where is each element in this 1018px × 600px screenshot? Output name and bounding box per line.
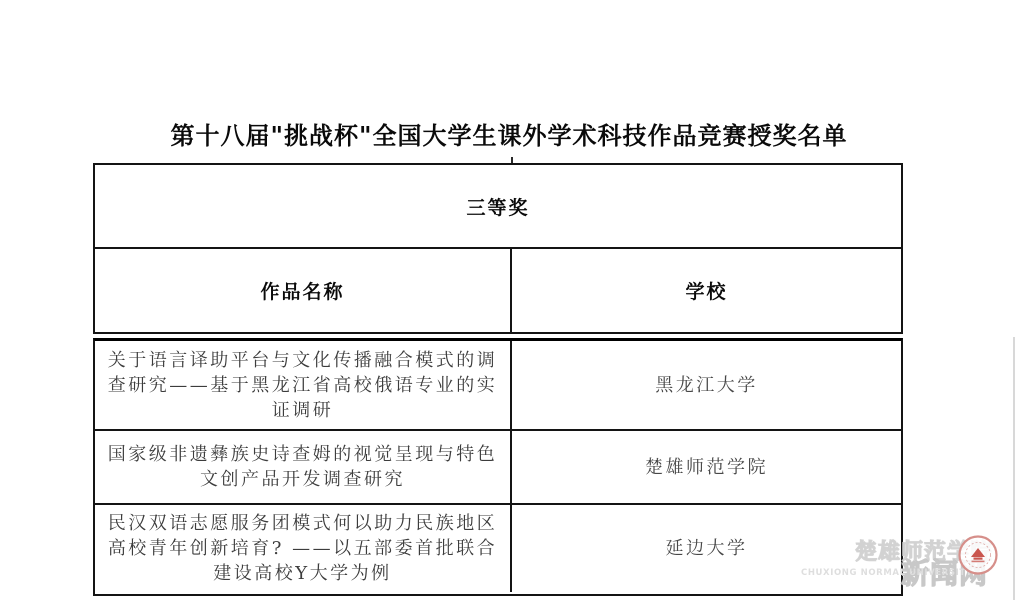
work-name-cell: 国家级非遗彝族史诗查姆的视觉呈现与特色文创产品开发调查研究 bbox=[95, 431, 512, 503]
work-name-cell: 关于语言译助平台与文化传播融合模式的调查研究——基于黑龙江省高校俄语专业的实证调… bbox=[95, 341, 512, 429]
table-header-row: 作品名称 学校 bbox=[95, 249, 901, 332]
award-table-body: 关于语言译助平台与文化传播融合模式的调查研究——基于黑龙江省高校俄语专业的实证调… bbox=[93, 338, 903, 596]
document-page: 第十八届"挑战杯"全国大学生课外学术科技作品竞赛授奖名单 三等奖 作品名称 学校… bbox=[0, 0, 1018, 600]
column-header-school: 学校 bbox=[512, 249, 901, 332]
page-edge-line bbox=[1013, 337, 1015, 600]
award-tier-label: 三等奖 bbox=[466, 193, 529, 220]
award-tier-row: 三等奖 bbox=[95, 165, 901, 249]
school-cell: 延边大学 bbox=[512, 505, 901, 592]
award-table-header-section: 三等奖 作品名称 学校 bbox=[93, 163, 903, 334]
school-cell: 黑龙江大学 bbox=[512, 341, 901, 429]
university-seal-icon bbox=[958, 535, 998, 575]
table-row: 国家级非遗彝族史诗查姆的视觉呈现与特色文创产品开发调查研究 楚雄师范学院 bbox=[95, 431, 901, 505]
column-header-work-name: 作品名称 bbox=[95, 249, 512, 332]
page-title: 第十八届"挑战杯"全国大学生课外学术科技作品竞赛授奖名单 bbox=[0, 116, 1018, 151]
table-row: 关于语言译助平台与文化传播融合模式的调查研究——基于黑龙江省高校俄语专业的实证调… bbox=[95, 341, 901, 431]
table-row: 民汉双语志愿服务团模式何以助力民族地区高校青年创新培育? ——以五部委首批联合建… bbox=[95, 505, 901, 592]
school-cell: 楚雄师范学院 bbox=[512, 431, 901, 503]
work-name-cell: 民汉双语志愿服务团模式何以助力民族地区高校青年创新培育? ——以五部委首批联合建… bbox=[95, 505, 512, 592]
watermark-news-site-label: 新闻网 bbox=[901, 552, 988, 592]
